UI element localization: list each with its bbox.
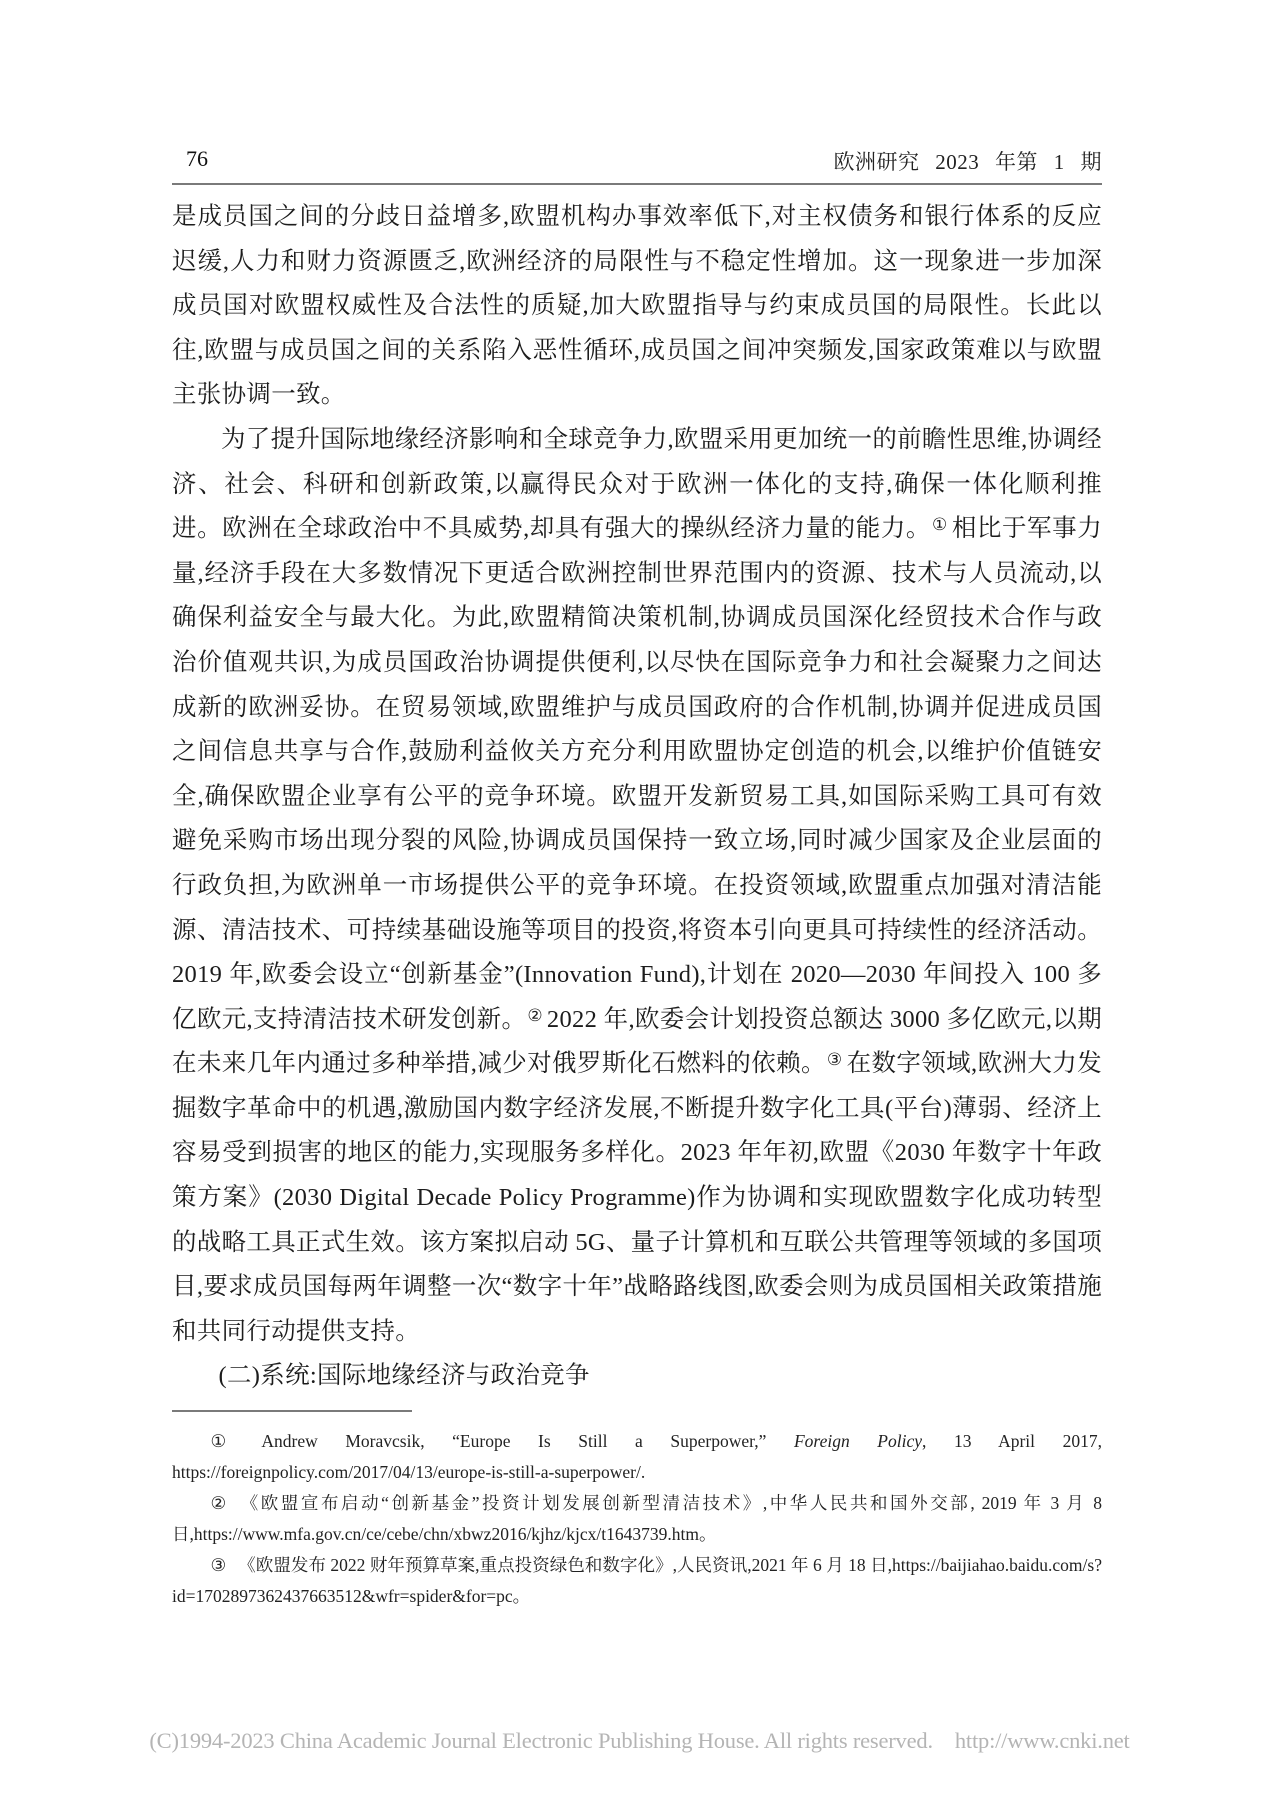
footnote-2: ②《欧盟宣布启动“创新基金”投资计划发展创新型清洁技术》,中华人民共和国外交部,…: [172, 1488, 1102, 1550]
cnki-url[interactable]: http://www.cnki.net: [955, 1728, 1130, 1753]
paragraph-text: 在数字领域,欧洲大力发掘数字革命中的机遇,激励国内数字经济发展,不断提升数字化工…: [172, 1050, 1102, 1345]
header-divider: [172, 183, 1102, 185]
footnote-text: Andrew Moravcsik, “Europe Is Still a Sup…: [261, 1431, 794, 1451]
footnote-number: ②: [211, 1493, 229, 1513]
footnotes: ①Andrew Moravcsik, “Europe Is Still a Su…: [172, 1426, 1102, 1612]
footnote-number: ①: [211, 1431, 250, 1451]
footnote-publication: Foreign Policy: [794, 1431, 922, 1451]
paragraph-geoeconomic-competitiveness: 为了提升国际地缘经济影响和全球竞争力,欧盟采用更加统一的前瞻性思维,协调经济、社…: [172, 418, 1102, 1354]
paragraph-continuation: 是成员国之间的分歧日益增多,欧盟机构办事效率低下,对主权债务和银行体系的反应迟缓…: [172, 195, 1102, 418]
copyright-watermark: (C)1994-2023 China Academic Journal Elec…: [0, 1728, 1279, 1754]
footnote-divider: [172, 1410, 412, 1412]
footnote-text[interactable]: 《欧盟宣布启动“创新基金”投资计划发展创新型清洁技术》,中华人民共和国外交部, …: [172, 1493, 1102, 1544]
journal-issue-info: 欧洲研究 2023 年第 1 期: [834, 146, 1103, 176]
page-number: 76: [186, 146, 208, 172]
paragraph-text: 相比于军事力量,经济手段在大多数情况下更适合欧洲控制世界范围内的资源、技术与人员…: [172, 515, 1102, 1033]
footnote-number: ③: [211, 1555, 227, 1575]
footnote-ref-1[interactable]: ①: [932, 515, 948, 534]
section-heading: (二)系统:国际地缘经济与政治竞争: [172, 1354, 1102, 1399]
footnote-1: ①Andrew Moravcsik, “Europe Is Still a Su…: [172, 1426, 1102, 1488]
copyright-text: (C)1994-2023 China Academic Journal Elec…: [149, 1728, 932, 1753]
footnote-3: ③《欧盟发布 2022 财年预算草案,重点投资绿色和数字化》,人民资讯,2021…: [172, 1550, 1102, 1612]
footnote-text[interactable]: 《欧盟发布 2022 财年预算草案,重点投资绿色和数字化》,人民资讯,2021 …: [172, 1555, 1102, 1606]
footnote-ref-3[interactable]: ③: [827, 1050, 843, 1069]
article-body: 是成员国之间的分歧日益增多,欧盟机构办事效率低下,对主权债务和银行体系的反应迟缓…: [172, 195, 1102, 1399]
footnote-ref-2[interactable]: ②: [527, 1006, 543, 1025]
running-head: 76 欧洲研究 2023 年第 1 期: [172, 146, 1102, 180]
